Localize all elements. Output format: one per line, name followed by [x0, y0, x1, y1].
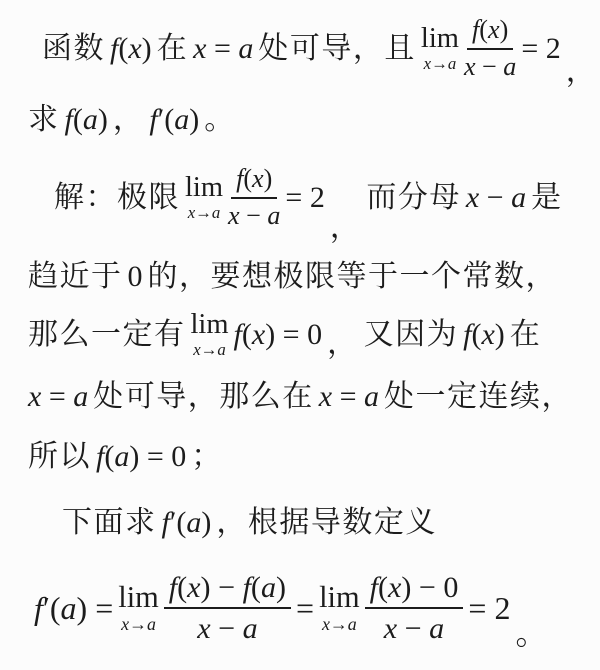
fraction-denominator: x − a [384, 609, 444, 645]
math-inline: = 2 [285, 180, 324, 216]
chinese-text: 求 [28, 102, 60, 138]
math-variable: a [217, 340, 225, 359]
text-line: f′(a) =limx→af(x) − f(a)x − a=limx→af(x)… [28, 560, 586, 656]
math-inline: x = a [319, 379, 379, 415]
math-solution-document: 函数f(x)在x = a处可导，且limx→af(x)x − a= 2，求f(a… [0, 0, 600, 670]
limit-op-label: lim [421, 25, 459, 54]
math-variable: x [464, 52, 476, 81]
math-inline: f(a) [65, 102, 108, 138]
math-inline: x − a [466, 180, 526, 216]
math-variable: a [83, 103, 98, 136]
math-variable: a [114, 440, 129, 473]
chinese-text: ，根据导数定义 [216, 505, 437, 541]
punctuation: 。 [515, 614, 549, 652]
math-variable: a [243, 611, 258, 645]
math-variable: x [252, 318, 265, 351]
chinese-text: 在 [510, 317, 542, 353]
chinese-text: 趋近于 [28, 259, 123, 295]
math-variable: x [424, 54, 431, 73]
math-variable: x [188, 203, 195, 222]
chinese-text: 那么一定有 [28, 317, 186, 353]
text-line: x = a处可导，那么在x = a处一定连续， [28, 366, 586, 428]
math-variable: f [169, 570, 177, 604]
math-variable: f [65, 103, 73, 136]
chinese-text: 是 [531, 180, 563, 216]
math-variable: x [193, 340, 200, 359]
fraction-denominator: x − a [197, 609, 257, 645]
math-variable: f [472, 15, 479, 44]
fraction: f(x)x − a [464, 16, 516, 81]
math-variable: a [212, 203, 220, 222]
math-variable: a [261, 570, 276, 604]
math-variable: x [481, 318, 494, 351]
math-variable: x [466, 181, 479, 214]
fraction-numerator: f(x) [231, 165, 277, 199]
math-variable: x [187, 570, 200, 604]
limit-subscript: x→a [188, 205, 221, 222]
math-inline: = 2 [521, 31, 560, 67]
math-inline: x = a [28, 379, 88, 415]
math-variable: f [149, 103, 157, 136]
math-variable: a [238, 32, 253, 65]
math-inline: f(x) [463, 317, 505, 353]
chinese-text: ， [113, 102, 145, 138]
math-variable: a [448, 54, 456, 73]
math-inline: f′(a) [149, 102, 199, 138]
fraction: f(x) − 0x − a [365, 571, 464, 645]
limit-op-label: lim [319, 582, 360, 612]
math-inline: f(a) = 0 [96, 439, 186, 475]
fraction-numerator: f(x) − f(a) [164, 571, 291, 609]
math-variable: a [511, 181, 526, 214]
math-variable: x [488, 15, 500, 44]
limit-op-label: lim [185, 174, 223, 203]
text-line: 求f(a)，f′(a)。 [28, 94, 586, 146]
math-inline: f′(a) = [34, 589, 113, 627]
chinese-text: 。 [204, 102, 236, 138]
math-variable: x [388, 570, 401, 604]
math-variable: a [61, 590, 77, 626]
chinese-text: 解：极限 [54, 180, 180, 216]
math-variable: a [429, 611, 444, 645]
math-inline: = [296, 589, 314, 627]
math-variable: f [162, 506, 170, 539]
math-inline: f′(a) [162, 505, 212, 541]
math-variable: a [364, 380, 379, 413]
chinese-text: 处可导，那么在 [93, 379, 314, 415]
math-variable: x [319, 380, 332, 413]
chinese-text: 函数 [42, 31, 105, 67]
chinese-text: ； [191, 439, 223, 475]
math-variable: f [96, 440, 104, 473]
math-variable: f [463, 318, 471, 351]
math-variable: a [73, 380, 88, 413]
chinese-text: 下面求 [62, 505, 157, 541]
chinese-text: 而分母 [366, 180, 461, 216]
text-line: 趋近于0的，要想极限等于一个常数， [28, 250, 586, 304]
math-variable: f [110, 32, 118, 65]
chinese-text: 处可导，且 [258, 31, 416, 67]
math-variable: x [28, 380, 41, 413]
chinese-text: 所以 [28, 439, 91, 475]
fraction: f(x)x − a [228, 165, 280, 230]
limit-operator: limx→a [118, 582, 159, 633]
math-variable: f [234, 318, 242, 351]
limit-subscript: x→a [322, 616, 357, 634]
limit-operator: limx→a [185, 174, 223, 222]
limit-subscript: x→a [193, 342, 226, 359]
limit-subscript: x→a [424, 56, 457, 73]
math-variable: a [348, 614, 357, 634]
math-inline: = 2 [468, 589, 510, 627]
math-variable: x [128, 32, 141, 65]
text-line: 那么一定有limx→af(x) = 0，又因为f(x)在 [28, 304, 586, 366]
math-variable: a [174, 103, 189, 136]
punctuation: ， [330, 210, 362, 246]
fraction-numerator: f(x) [467, 16, 513, 50]
limit-operator: limx→a [191, 311, 229, 359]
math-variable: a [267, 201, 280, 230]
limit-subscript: x→a [121, 616, 156, 634]
chinese-text: 的，要想极限等于一个常数， [148, 259, 558, 295]
limit-operator: limx→a [421, 25, 459, 73]
math-variable: f [243, 570, 251, 604]
math-variable: f [236, 164, 243, 193]
fraction-denominator: x − a [464, 50, 516, 82]
math-inline: 0 [128, 259, 143, 295]
punctuation: ， [566, 54, 598, 90]
math-variable: a [147, 614, 156, 634]
chinese-text: 又因为 [364, 317, 459, 353]
math-variable: x [121, 614, 129, 634]
punctuation: ， [327, 326, 359, 362]
math-variable: f [34, 590, 43, 626]
limit-operator: limx→a [319, 582, 360, 633]
math-variable: x [252, 164, 264, 193]
fraction: f(x) − f(a)x − a [164, 571, 291, 645]
text-line: 所以f(a) = 0； [28, 428, 586, 486]
chinese-text: 处一定连续， [384, 379, 573, 415]
math-variable: x [322, 614, 330, 634]
text-line: 解：极限limx→af(x)x − a= 2，而分母x − a是 [28, 146, 586, 250]
chinese-text: 在 [157, 31, 189, 67]
math-variable: x [193, 32, 206, 65]
fraction-numerator: f(x) − 0 [365, 571, 464, 609]
math-variable: a [186, 506, 201, 539]
math-inline: f(x) = 0 [234, 317, 323, 353]
limit-op-label: lim [191, 311, 229, 340]
math-inline: f(x) [110, 31, 152, 67]
fraction-denominator: x − a [228, 199, 280, 231]
text-line: 下面求f′(a)，根据导数定义 [28, 486, 586, 560]
limit-op-label: lim [118, 582, 159, 612]
math-inline: x = a [193, 31, 253, 67]
math-variable: x [228, 201, 240, 230]
math-variable: f [370, 570, 378, 604]
math-variable: a [503, 52, 516, 81]
math-variable: x [197, 611, 210, 645]
text-line: 函数f(x)在x = a处可导，且limx→af(x)x − a= 2， [28, 4, 586, 94]
math-variable: x [384, 611, 397, 645]
